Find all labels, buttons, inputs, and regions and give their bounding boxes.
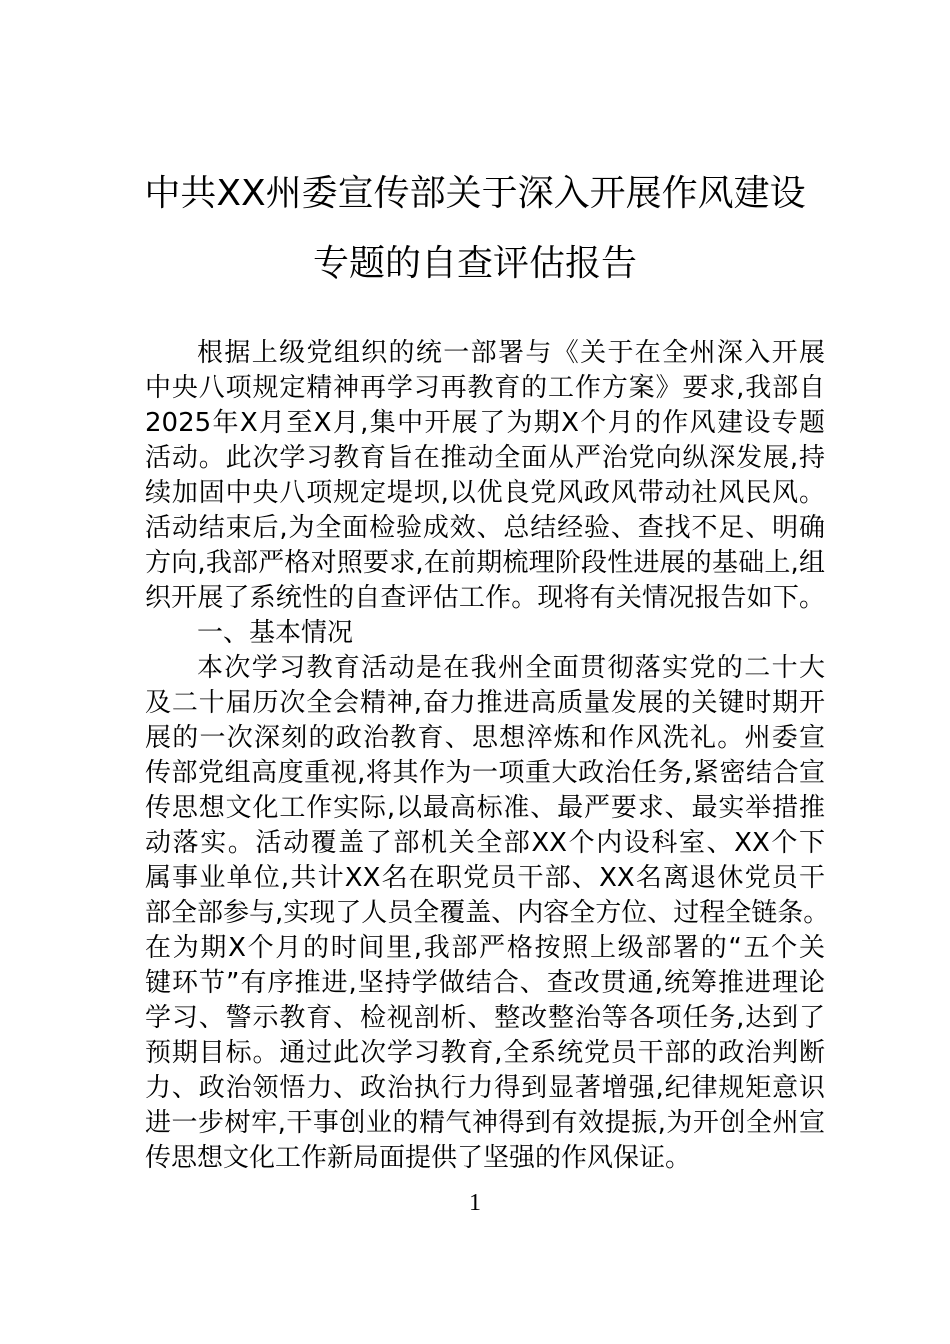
paragraph-line: 动落实。活动覆盖了部机关全部XX个内设科室、XX个下: [145, 826, 825, 860]
paragraph-line: 属事业单位,共计XX名在职党员干部、XX名离退休党员干: [145, 861, 825, 895]
paragraph-line: 在为期X个月的时间里,我部严格按照上级部署的“五个关: [145, 931, 825, 965]
paragraph-line: 2025年X月至X月,集中开展了为期X个月的作风建设专题: [145, 406, 825, 440]
paragraph-line: 活动结束后,为全面检验成效、总结经验、查找不足、明确: [145, 511, 825, 545]
paragraph-line: 续加固中央八项规定堤坝,以优良党风政风带动社风民风。: [145, 476, 825, 510]
document-page: 中共XX州委宣传部关于深入开展作风建设 专题的自查评估报告 根据上级党组织的统一…: [0, 0, 950, 1344]
paragraph-line: 部全部参与,实现了人员全覆盖、内容全方位、过程全链条。: [145, 896, 825, 930]
page-number: 1: [0, 1188, 950, 1218]
paragraph-line: 键环节”有序推进,坚持学做结合、查改贯通,统筹推进理论: [145, 966, 825, 1000]
paragraph-line: 活动。此次学习教育旨在推动全面从严治党向纵深发展,持: [145, 441, 825, 475]
paragraph-line: 中央八项规定精神再学习再教育的工作方案》要求,我部自: [145, 371, 825, 405]
paragraph-line: 本次学习教育活动是在我州全面贯彻落实党的二十大: [197, 651, 825, 685]
document-title-line-1: 中共XX州委宣传部关于深入开展作风建设: [100, 172, 850, 216]
paragraph-line: 织开展了系统性的自查评估工作。现将有关情况报告如下。: [145, 581, 825, 615]
paragraph-line: 方向,我部严格对照要求,在前期梳理阶段性进展的基础上,组: [145, 546, 825, 580]
paragraph-line: 传思想文化工作实际,以最高标准、最严要求、最实举措推: [145, 791, 825, 825]
paragraph-line: 传部党组高度重视,将其作为一项重大政治任务,紧密结合宣: [145, 756, 825, 790]
paragraph-line: 展的一次深刻的政治教育、思想淬炼和作风洗礼。州委宣: [145, 721, 825, 755]
paragraph-line: 力、政治领悟力、政治执行力得到显著增强,纪律规矩意识: [145, 1071, 825, 1105]
document-title-line-2: 专题的自查评估报告: [100, 242, 850, 286]
paragraph-line: 及二十届历次全会精神,奋力推进高质量发展的关键时期开: [145, 686, 825, 720]
section-heading-basic-situation: 一、基本情况: [197, 616, 353, 650]
paragraph-line: 传思想文化工作新局面提供了坚强的作风保证。: [145, 1141, 825, 1175]
paragraph-line: 学习、警示教育、检视剖析、整改整治等各项任务,达到了: [145, 1001, 825, 1035]
paragraph-line: 根据上级党组织的统一部署与《关于在全州深入开展: [197, 336, 825, 370]
paragraph-line: 预期目标。通过此次学习教育,全系统党员干部的政治判断: [145, 1036, 825, 1070]
paragraph-line: 进一步树牢,干事创业的精气神得到有效提振,为开创全州宣: [145, 1106, 825, 1140]
